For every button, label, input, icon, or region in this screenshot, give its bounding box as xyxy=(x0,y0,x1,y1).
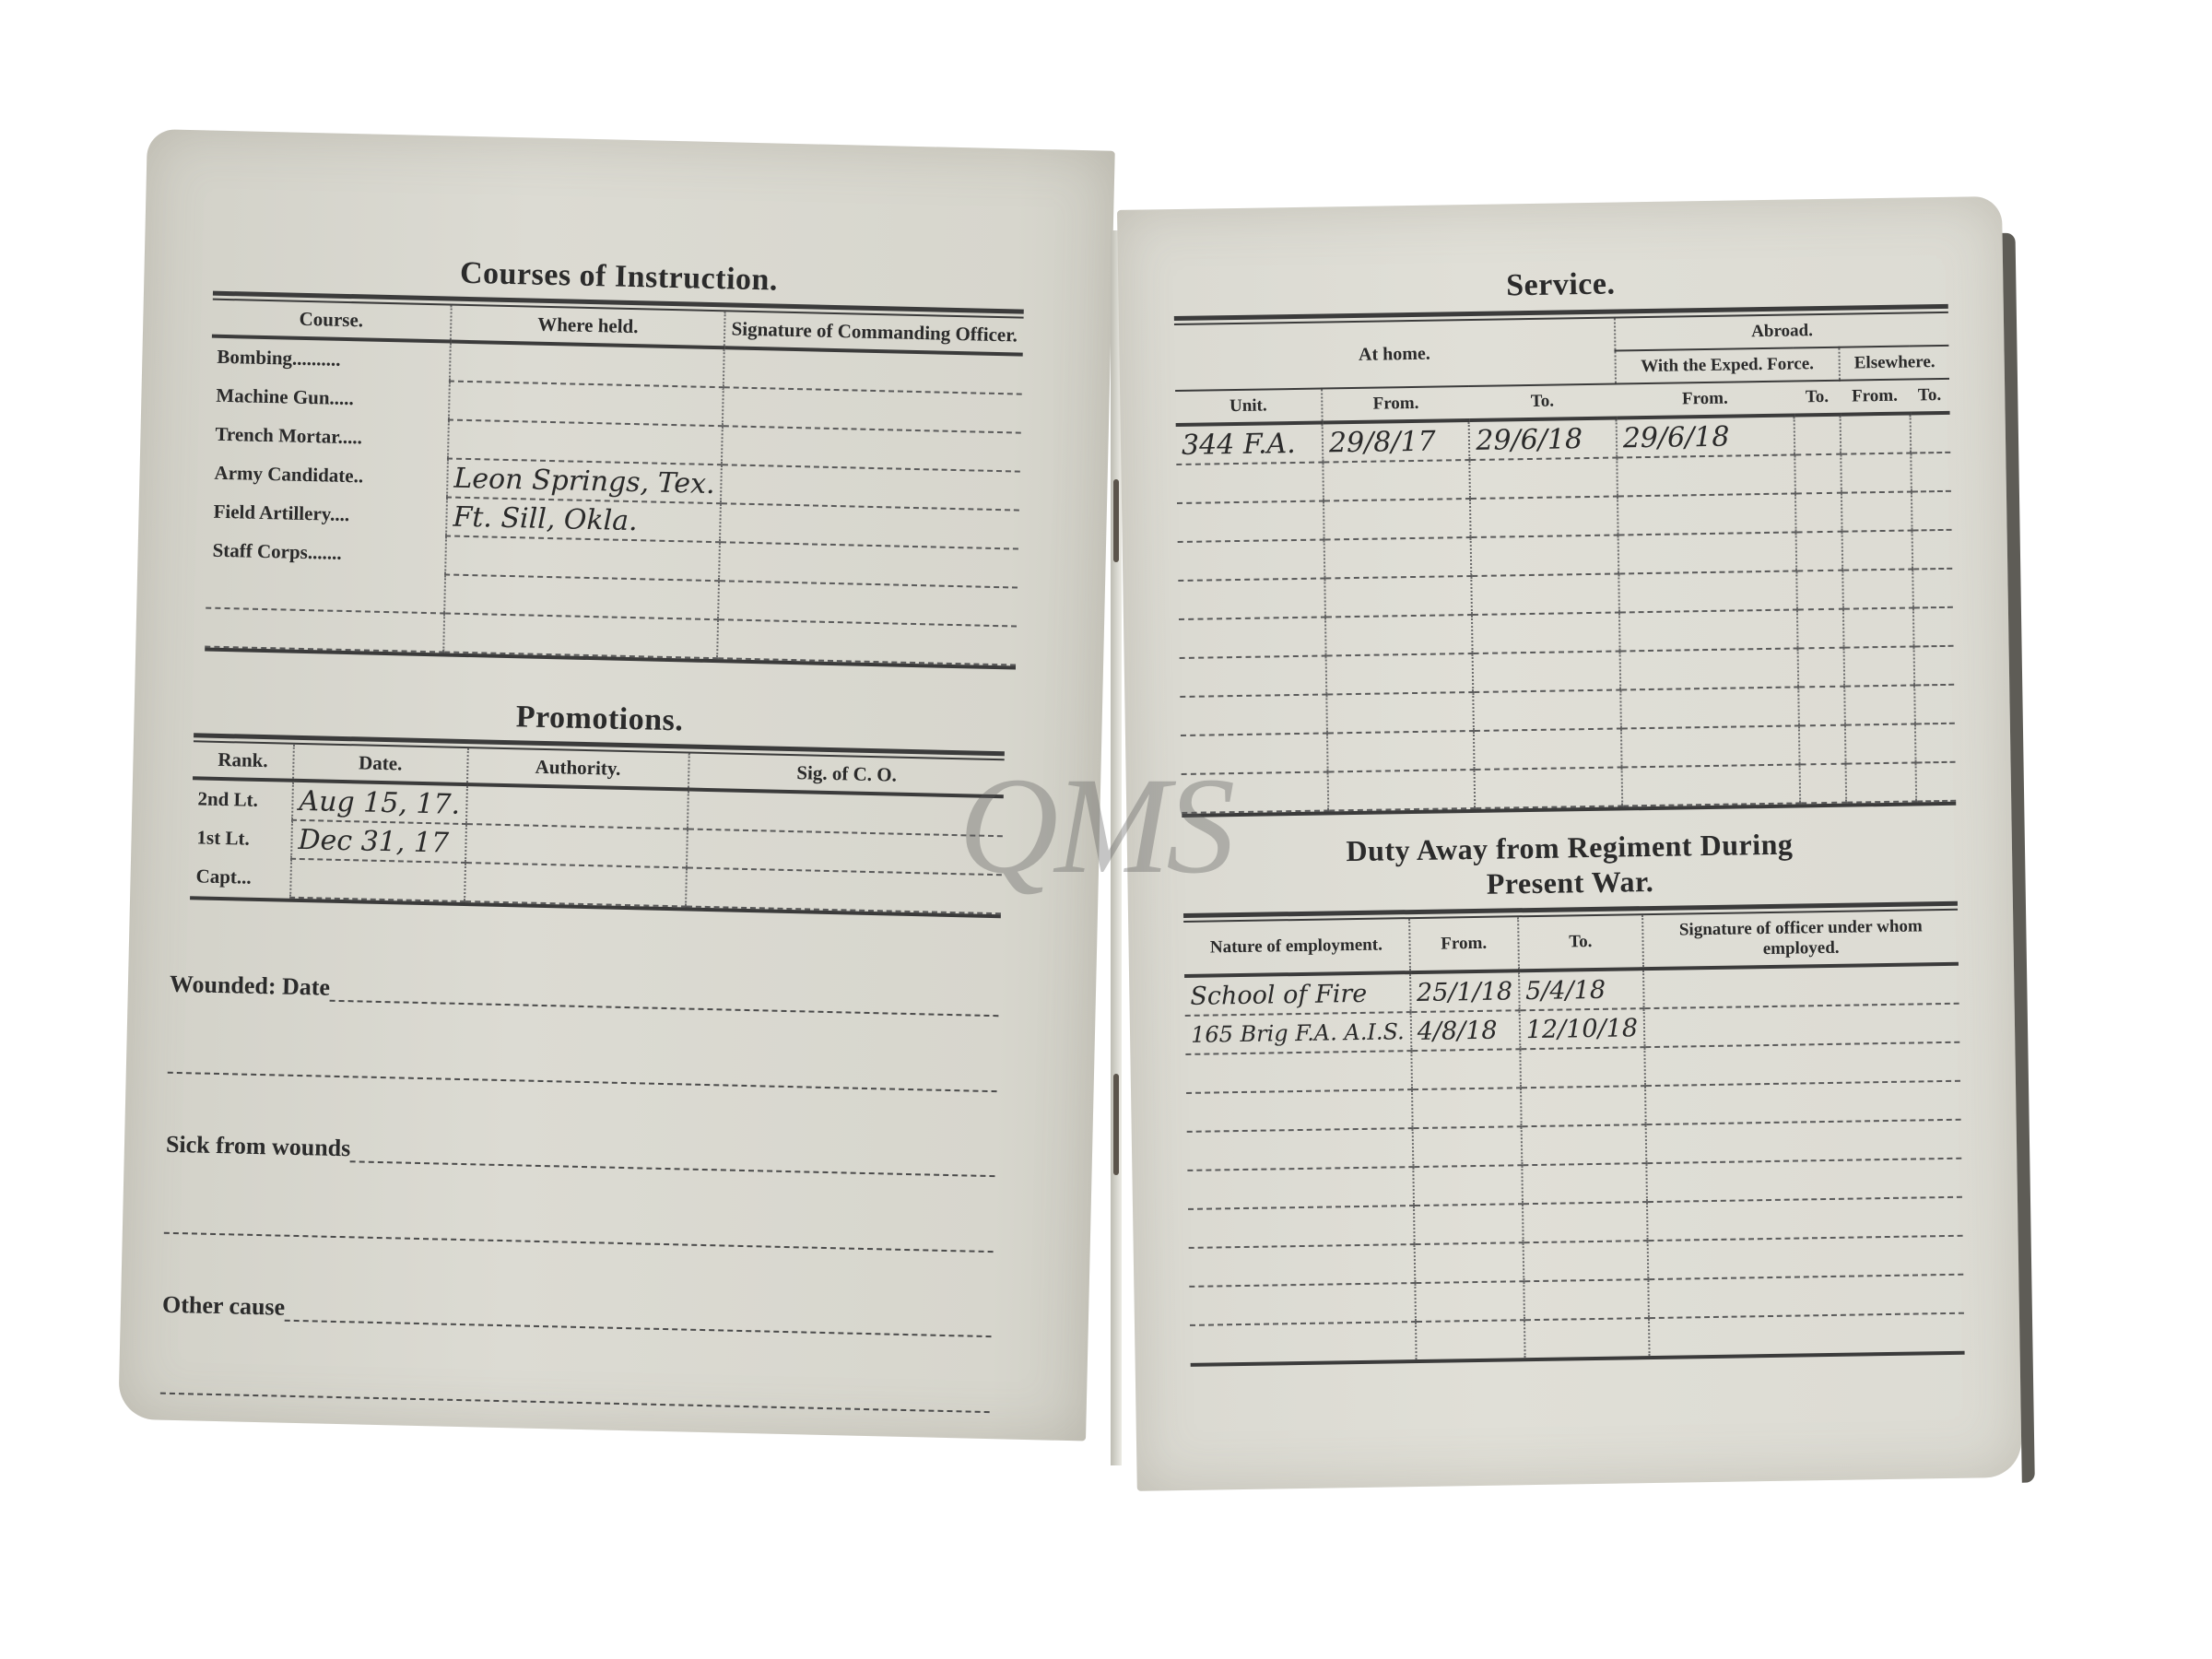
home-from-cell xyxy=(1328,770,1476,810)
sig-cell xyxy=(720,503,1019,548)
where-cell xyxy=(445,535,720,581)
else-from-cell xyxy=(1845,724,1915,763)
wounded-date-label: Wounded: Date xyxy=(170,971,331,1002)
exped-to-header: To. xyxy=(1794,381,1840,416)
authority-cell xyxy=(465,824,688,867)
from-cell xyxy=(1412,1126,1522,1167)
lower-staple xyxy=(1113,1074,1119,1175)
nature-cell: School of Fire xyxy=(1184,972,1410,1016)
date-header: Date. xyxy=(293,745,468,784)
abroad-header: Abroad. xyxy=(1615,313,1949,351)
course-label: Machine Gun..... xyxy=(210,376,450,420)
home-from-header: From. xyxy=(1322,386,1469,422)
home-to-cell xyxy=(1472,574,1619,615)
sick-from-wounds-label: Sick from wounds xyxy=(166,1131,351,1163)
home-to-cell xyxy=(1472,612,1619,653)
where-cell xyxy=(450,342,724,388)
sig-cell xyxy=(1646,1120,1962,1163)
unit-cell xyxy=(1177,501,1324,542)
duty-title-line1: Duty Away from Regiment During xyxy=(1346,828,1793,868)
course-label: Field Artillery.... xyxy=(207,492,447,536)
exped-to-cell xyxy=(1800,764,1846,804)
else-to-cell xyxy=(1911,453,1951,492)
home-from-cell xyxy=(1324,576,1472,617)
else-from-cell xyxy=(1842,569,1912,608)
unit-cell xyxy=(1182,771,1329,812)
duty-section: Duty Away from Regiment During Present W… xyxy=(1182,824,1965,1367)
else-from-cell xyxy=(1841,414,1911,454)
authority-cell xyxy=(466,784,688,829)
home-to-cell xyxy=(1474,728,1621,769)
else-to-cell xyxy=(1912,530,1952,570)
course-label: Bombing.......... xyxy=(211,336,451,382)
home-from-cell xyxy=(1324,499,1471,539)
sig-cell xyxy=(724,347,1023,394)
officer-signature-header: Signature of officer under whom employed… xyxy=(1642,911,1959,969)
unit-cell xyxy=(1176,463,1324,503)
nature-cell xyxy=(1189,1244,1415,1287)
else-to-cell xyxy=(1914,685,1955,724)
other-cause-label: Other cause xyxy=(162,1291,286,1322)
exped-to-cell xyxy=(1797,571,1843,610)
courses-table: Course. Where held. Signature of Command… xyxy=(205,300,1023,666)
else-to-cell xyxy=(1915,762,1956,802)
from-cell xyxy=(1413,1165,1523,1206)
sig-cell xyxy=(722,426,1021,471)
exped-to-cell xyxy=(1799,725,1845,765)
date-cell: Aug 15, 17. xyxy=(292,781,467,824)
sig-cell xyxy=(717,619,1017,665)
home-to-cell xyxy=(1474,689,1621,730)
to-cell: 12/10/18 xyxy=(1519,1008,1644,1049)
exped-from-cell xyxy=(1621,725,1800,767)
exped-to-cell xyxy=(1798,648,1844,688)
where-held-header: Where held. xyxy=(451,306,725,348)
home-from-cell xyxy=(1326,653,1474,694)
sig-cell xyxy=(1648,1236,1964,1279)
else-from-cell xyxy=(1841,492,1912,532)
where-cell: Leon Springs, Tex. xyxy=(447,458,722,503)
where-cell xyxy=(444,574,719,619)
unit-header: Unit. xyxy=(1175,389,1323,425)
unit-cell xyxy=(1179,618,1326,658)
service-section: Service. At home. Abroad. With the Exped… xyxy=(1173,262,1956,818)
else-to-cell xyxy=(1911,491,1951,531)
nature-cell xyxy=(1185,1051,1411,1093)
where-cell xyxy=(448,419,723,465)
from-header: From. xyxy=(1409,917,1519,972)
home-to-cell xyxy=(1470,458,1618,499)
exped-from-cell xyxy=(1621,764,1800,806)
home-to-cell xyxy=(1471,535,1618,576)
from-cell xyxy=(1414,1204,1524,1244)
from-cell xyxy=(1414,1242,1524,1283)
home-to-header: To. xyxy=(1468,384,1616,420)
home-from-cell xyxy=(1326,692,1474,733)
exped-to-cell xyxy=(1795,493,1841,533)
right-page: Service. At home. Abroad. With the Exped… xyxy=(1117,196,2022,1491)
home-from-cell xyxy=(1327,731,1475,771)
authority-cell xyxy=(465,863,687,906)
duty-title: Duty Away from Regiment During Present W… xyxy=(1182,824,1958,906)
rank-label: 1st Lt. xyxy=(191,818,292,858)
nature-cell xyxy=(1187,1128,1413,1171)
course-label xyxy=(206,570,445,614)
unit-cell xyxy=(1178,579,1325,619)
exped-from-cell xyxy=(1618,493,1796,535)
exped-to-cell xyxy=(1796,532,1842,571)
home-to-cell xyxy=(1475,767,1622,807)
to-cell xyxy=(1524,1318,1650,1358)
open-service-booklet: Courses of Instruction. Course. Where he… xyxy=(0,0,2212,1659)
to-cell xyxy=(1522,1163,1647,1204)
from-cell: 25/1/18 xyxy=(1410,971,1520,1012)
date-cell xyxy=(290,859,465,901)
course-header: Course. xyxy=(212,300,452,342)
else-from-cell xyxy=(1844,685,1914,724)
nature-cell xyxy=(1186,1089,1412,1132)
exped-from-cell xyxy=(1620,687,1799,728)
date-cell: Dec 31, 17 xyxy=(291,820,466,863)
home-from-cell xyxy=(1325,615,1473,655)
else-from-cell xyxy=(1844,646,1914,686)
exped-to-cell xyxy=(1797,609,1843,649)
to-cell xyxy=(1523,1241,1648,1281)
unit-cell xyxy=(1180,656,1327,697)
sig-cell xyxy=(1644,1042,1960,1086)
home-from-cell xyxy=(1323,460,1470,500)
sig-cell xyxy=(1648,1275,1964,1318)
rank-header: Rank. xyxy=(193,742,294,780)
from-cell xyxy=(1415,1281,1524,1322)
exped-from-cell xyxy=(1618,571,1797,612)
sig-cell xyxy=(1647,1197,1963,1241)
wounded-section: Wounded: Date Sick from wounds Other cau… xyxy=(160,959,999,1413)
unit-cell xyxy=(1181,733,1328,773)
nature-cell xyxy=(1187,1167,1413,1209)
home-to-cell xyxy=(1470,497,1618,537)
home-from-cell xyxy=(1324,537,1472,578)
unit-cell xyxy=(1180,694,1327,735)
unit-cell xyxy=(1178,540,1325,581)
else-from-cell xyxy=(1841,453,1911,493)
else-to-cell xyxy=(1912,569,1953,608)
to-cell xyxy=(1520,1047,1645,1088)
exped-from-cell: 29/6/18 xyxy=(1616,415,1794,457)
sig-cell xyxy=(719,542,1018,587)
authority-header: Authority. xyxy=(467,748,689,789)
exped-force-header: With the Exped. Force. xyxy=(1615,347,1840,384)
sig-cell xyxy=(718,581,1018,626)
exped-from-cell xyxy=(1617,454,1795,496)
course-label: Army Candidate.. xyxy=(208,453,448,498)
sig-cell xyxy=(721,465,1020,510)
exped-from-cell xyxy=(1619,609,1798,651)
else-to-cell xyxy=(1914,724,1955,763)
to-cell xyxy=(1521,1086,1646,1126)
elsewhere-header: Elsewhere. xyxy=(1839,346,1949,381)
rank-label: Capt... xyxy=(190,856,291,897)
else-to-header: To. xyxy=(1910,379,1950,414)
sig-cell xyxy=(1643,964,1959,1008)
sig-cell xyxy=(1645,1081,1961,1124)
sig-cell xyxy=(688,789,1004,836)
to-header: To. xyxy=(1518,915,1643,971)
from-cell xyxy=(1411,1049,1521,1089)
service-table: At home. Abroad. With the Exped. Force. … xyxy=(1174,313,1956,814)
exped-to-cell xyxy=(1795,454,1841,494)
home-to-cell: 29/6/18 xyxy=(1469,418,1617,460)
else-from-cell xyxy=(1843,607,1913,647)
to-cell xyxy=(1523,1202,1648,1242)
from-cell xyxy=(1412,1088,1522,1128)
exped-to-cell xyxy=(1794,415,1841,455)
promotions-section: Promotions. Rank. Date. Authority. Sig. … xyxy=(190,692,1006,918)
sig-cell xyxy=(1649,1313,1965,1356)
to-cell xyxy=(1524,1279,1649,1320)
exped-to-cell xyxy=(1799,687,1845,726)
from-cell xyxy=(1416,1320,1525,1359)
where-cell xyxy=(449,382,724,427)
nature-cell xyxy=(1190,1322,1416,1363)
course-label: Trench Mortar..... xyxy=(209,415,449,459)
course-label xyxy=(205,608,444,653)
to-cell: 5/4/18 xyxy=(1519,969,1644,1010)
nature-cell xyxy=(1189,1283,1415,1325)
exped-from-header: From. xyxy=(1616,381,1794,418)
service-title: Service. xyxy=(1173,262,1947,309)
courses-section: Courses of Instruction. Course. Where he… xyxy=(205,251,1025,670)
home-from-cell: 29/8/17 xyxy=(1323,420,1470,462)
else-to-cell xyxy=(1912,607,1953,647)
where-cell xyxy=(443,613,718,658)
nature-cell: 165 Brig F.A. A.I.S. xyxy=(1185,1012,1411,1054)
nature-cell xyxy=(1188,1206,1414,1248)
home-to-cell xyxy=(1473,651,1620,691)
exped-from-cell xyxy=(1619,648,1798,689)
else-to-cell xyxy=(1910,413,1950,453)
sig-cell xyxy=(723,387,1022,432)
unit-cell: 344 F.A. xyxy=(1176,423,1324,465)
rank-label: 2nd Lt. xyxy=(192,778,293,819)
else-from-header: From. xyxy=(1840,380,1910,415)
nature-header: Nature of employment. xyxy=(1183,919,1410,976)
upper-staple xyxy=(1113,479,1119,562)
else-to-cell xyxy=(1913,646,1954,686)
else-from-cell xyxy=(1842,531,1912,571)
duty-title-line2: Present War. xyxy=(1487,865,1654,900)
sig-cell xyxy=(686,867,1002,913)
sig-cell xyxy=(1646,1159,1962,1202)
left-page: Courses of Instruction. Course. Where he… xyxy=(118,129,1114,1441)
promotions-table: Rank. Date. Authority. Sig. of C. O. 2nd… xyxy=(190,742,1005,914)
duty-table: Nature of employment. From. To. Signatur… xyxy=(1183,911,1964,1363)
to-cell xyxy=(1521,1124,1646,1165)
exped-from-cell xyxy=(1618,532,1796,573)
from-cell: 4/8/18 xyxy=(1410,1010,1520,1051)
sig-cell xyxy=(1644,1004,1960,1047)
at-home-header: At home. xyxy=(1174,319,1616,391)
else-from-cell xyxy=(1845,762,1915,802)
where-cell: Ft. Sill, Okla. xyxy=(446,497,721,542)
course-label: Staff Corps....... xyxy=(206,531,446,575)
